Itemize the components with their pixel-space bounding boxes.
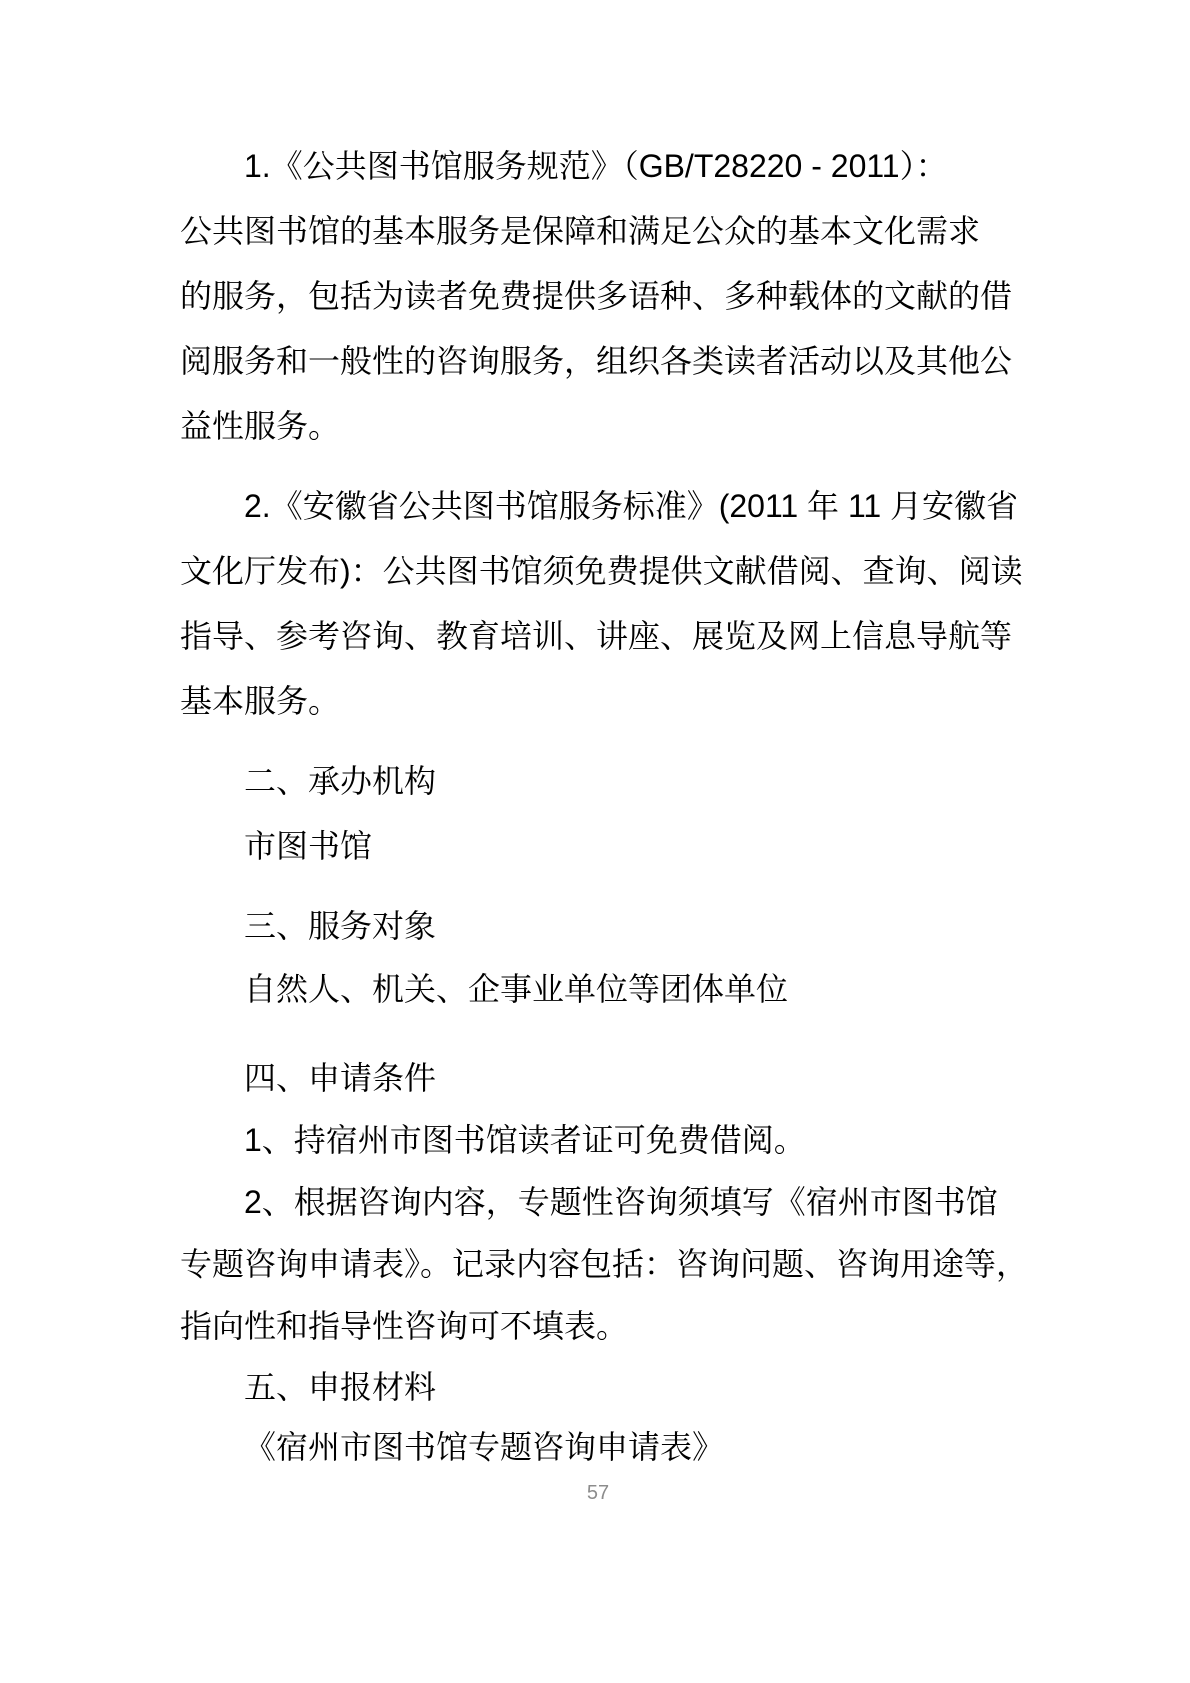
clause2-line1: 2.《安徽省公共图书馆服务标准》(2011 年 11 月安徽省 xyxy=(180,474,1016,539)
document-body: 1.《公共图书馆服务规范》（GB/T28220 - 2011）： 公共图书馆的基… xyxy=(180,134,1016,1505)
section2-body: 市图书馆 xyxy=(180,814,1016,879)
document-page: { "theme": { "page_bg": "#ffffff", "text… xyxy=(0,0,1190,1683)
clause1-line2: 公共图书馆的基本服务是保障和满足公众的基本文化需求 xyxy=(180,199,1016,264)
page-number: 57 xyxy=(180,1481,1016,1505)
section-5-block: 五、申报材料 《宿州市图书馆专题咨询申请表》 xyxy=(180,1357,1016,1477)
clause2-line4: 基本服务。 xyxy=(180,669,1016,734)
section4-item2-line1: 2、根据咨询内容，专题性咨询须填写《宿州市图书馆 xyxy=(180,1171,1016,1233)
section3-heading: 三、服务对象 xyxy=(180,895,1016,958)
clause1-line5: 益性服务。 xyxy=(180,394,1016,459)
section4-item2-line3: 指向性和指导性咨询可不填表。 xyxy=(180,1295,1016,1357)
section3-body: 自然人、机关、企事业单位等团体单位 xyxy=(180,958,1016,1021)
section5-heading: 五、申报材料 xyxy=(180,1357,1016,1417)
section-4-block: 四、申请条件 1、持宿州市图书馆读者证可免费借阅。 2、根据咨询内容，专题性咨询… xyxy=(180,1047,1016,1357)
clause1-line3: 的服务，包括为读者免费提供多语种、多种载体的文献的借 xyxy=(180,264,1016,329)
section4-heading: 四、申请条件 xyxy=(180,1047,1016,1109)
clause2-line3: 指导、参考咨询、教育培训、讲座、展览及网上信息导航等 xyxy=(180,604,1016,669)
section4-item2-line2: 专题咨询申请表》。记录内容包括：咨询问题、咨询用途等， xyxy=(180,1233,1016,1295)
clause1-line1: 1.《公共图书馆服务规范》（GB/T28220 - 2011）： xyxy=(180,134,1016,199)
section4-item1: 1、持宿州市图书馆读者证可免费借阅。 xyxy=(180,1109,1016,1171)
clause-1-paragraph: 1.《公共图书馆服务规范》（GB/T28220 - 2011）： 公共图书馆的基… xyxy=(180,134,1016,459)
clause2-line2: 文化厅发布)：公共图书馆须免费提供文献借阅、查询、阅读 xyxy=(180,539,1016,604)
clause-2-paragraph: 2.《安徽省公共图书馆服务标准》(2011 年 11 月安徽省 文化厅发布)：公… xyxy=(180,474,1016,734)
section-2-block: 二、承办机构 市图书馆 xyxy=(180,749,1016,879)
section-3-block: 三、服务对象 自然人、机关、企事业单位等团体单位 xyxy=(180,895,1016,1021)
section5-body: 《宿州市图书馆专题咨询申请表》 xyxy=(180,1417,1016,1477)
clause1-line4: 阅服务和一般性的咨询服务，组织各类读者活动以及其他公 xyxy=(180,329,1016,394)
section2-heading: 二、承办机构 xyxy=(180,749,1016,814)
